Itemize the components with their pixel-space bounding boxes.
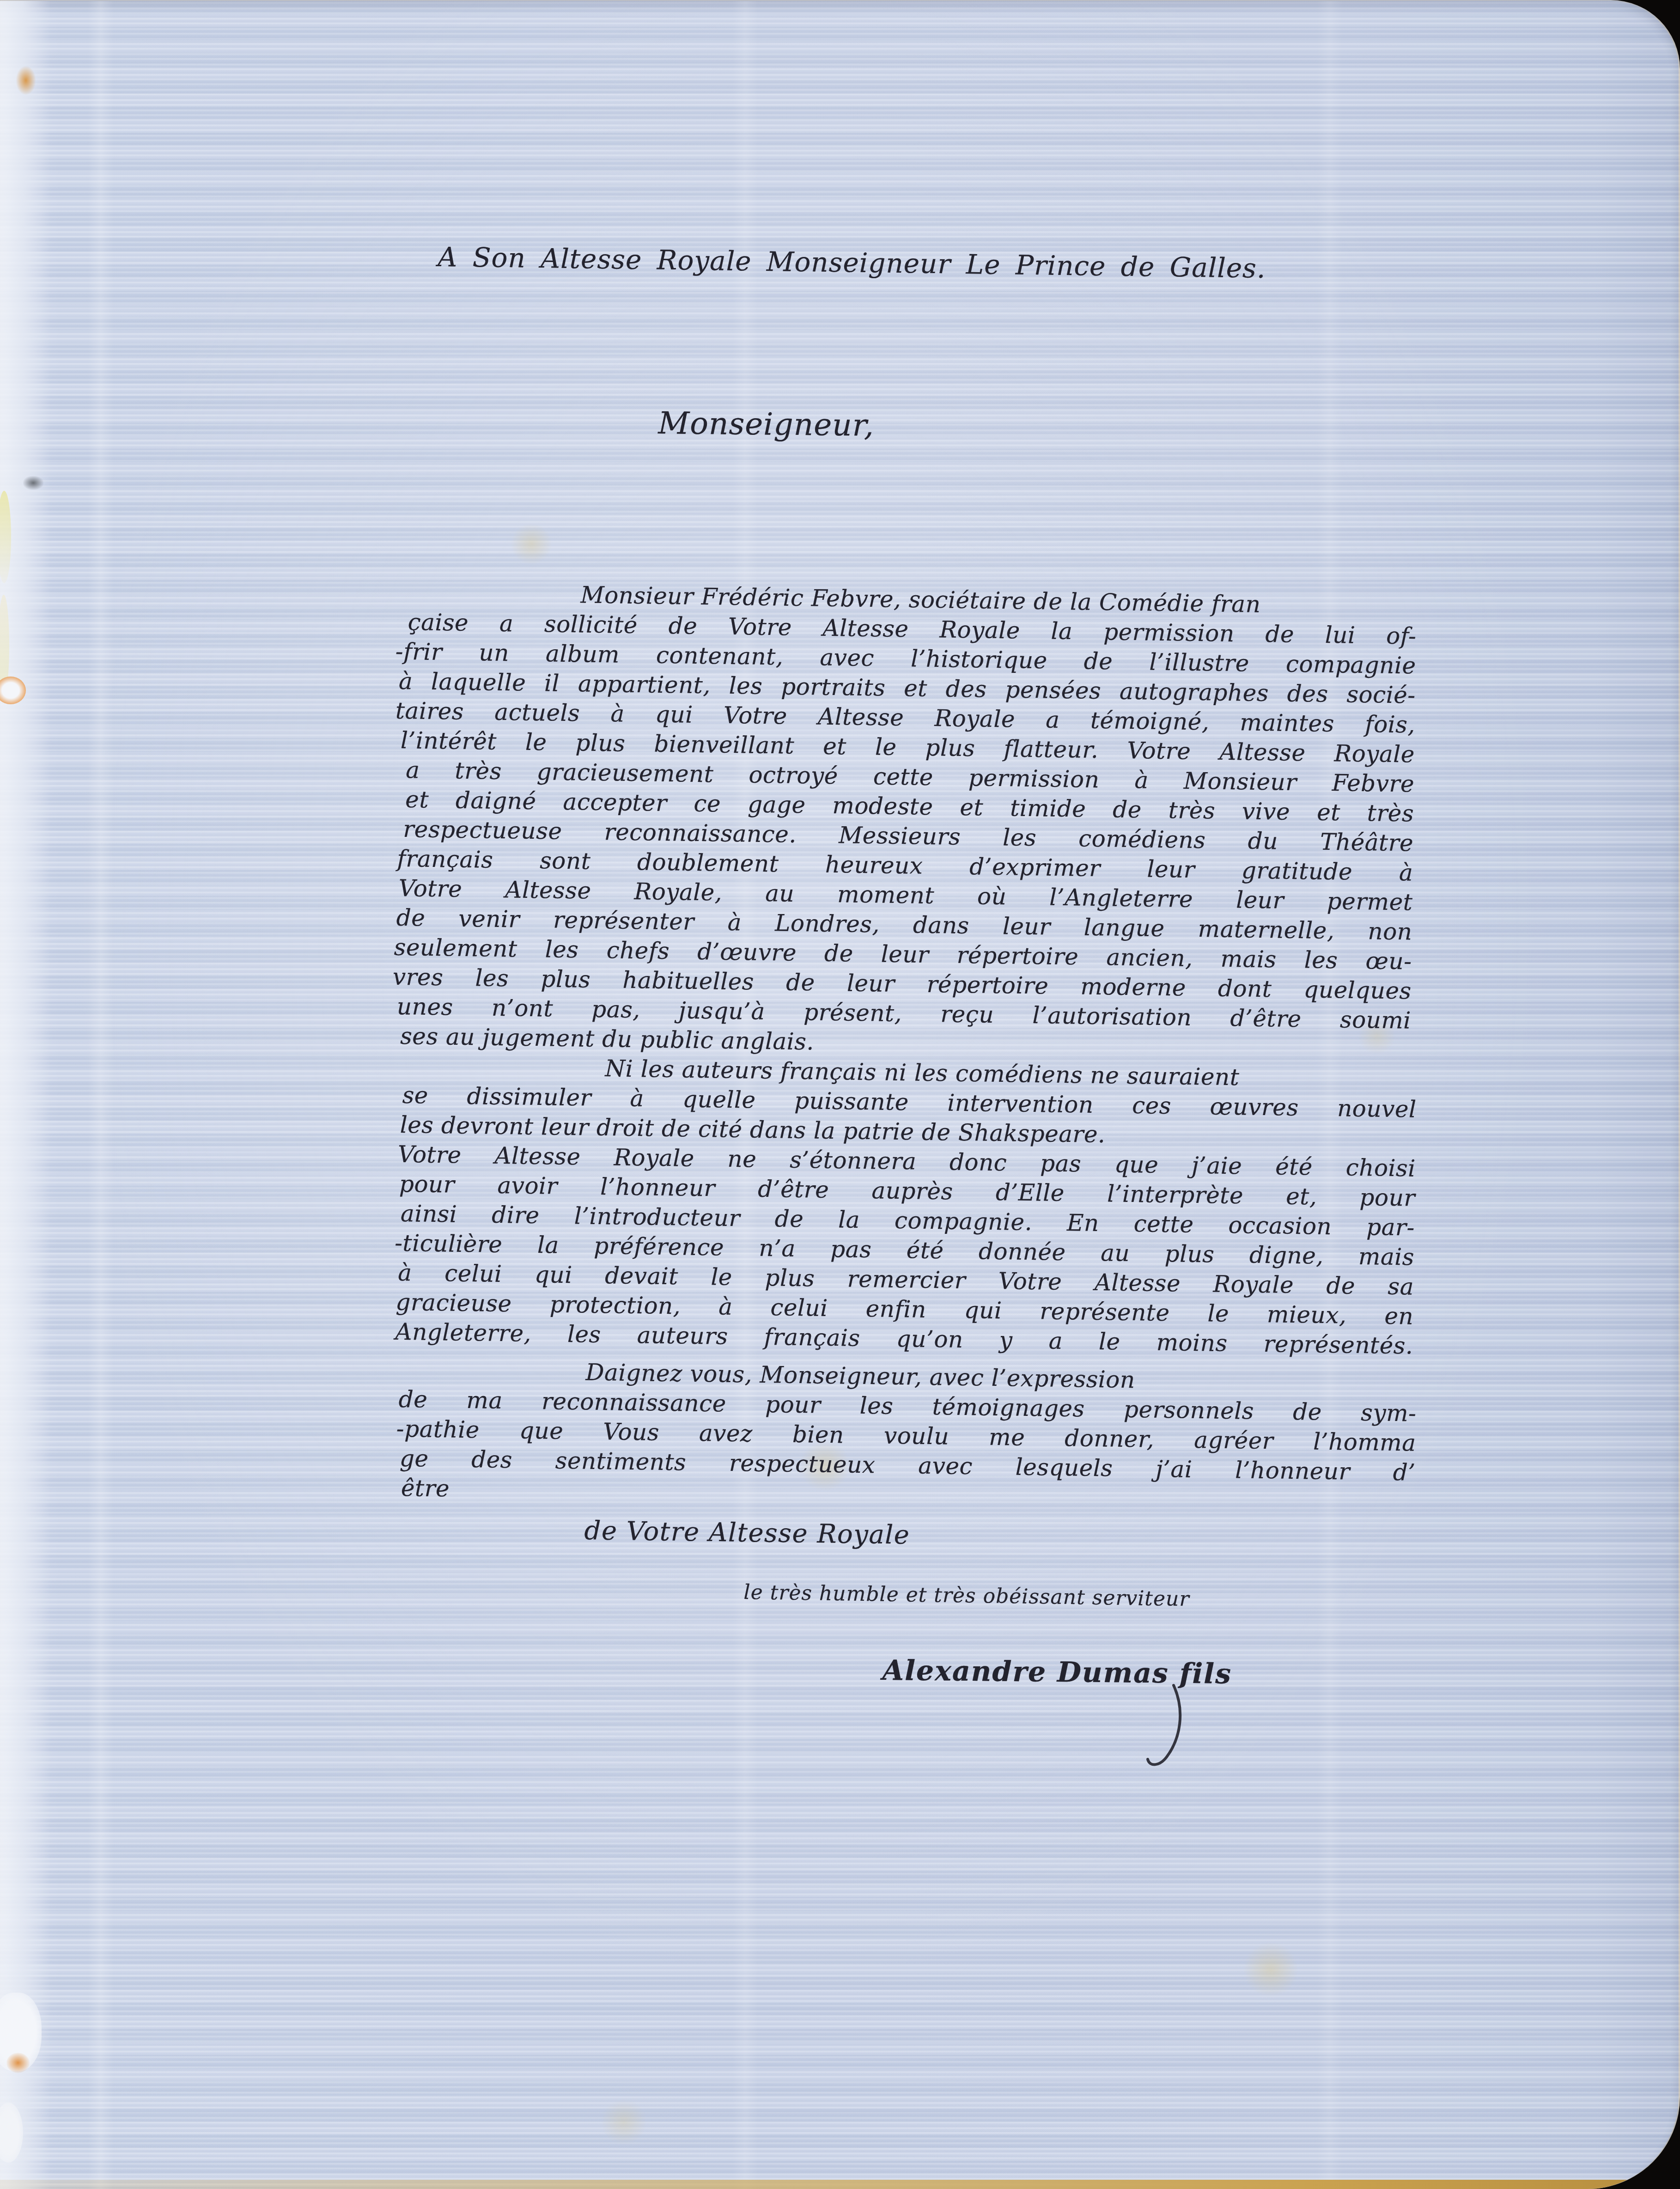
signature-flourish bbox=[1141, 1683, 1197, 1771]
paper-crease bbox=[88, 1, 114, 2189]
paragraph-3: Daignez vous, Monseigneur, avec l’expres… bbox=[401, 1355, 1417, 1517]
manuscript-page: A Son Altesse Royale Monseigneur Le Prin… bbox=[0, 0, 1680, 2189]
binding-stain bbox=[16, 66, 36, 95]
paragraph-1: Monsieur Frédéric Febvre, sociétaire de … bbox=[396, 578, 1417, 1065]
foxing-spot bbox=[511, 523, 552, 565]
binding-edge bbox=[0, 1, 51, 2189]
gilt-page-edge bbox=[0, 2180, 1679, 2189]
valediction-line-2: le très humble et très obéissant servite… bbox=[743, 1580, 1190, 1611]
binding-mark bbox=[23, 476, 43, 490]
foxing-spot bbox=[601, 2099, 647, 2145]
letter-heading: A Son Altesse Royale Monseigneur Le Prin… bbox=[438, 241, 1266, 284]
valediction-line-1: de Votre Altesse Royale bbox=[584, 1516, 910, 1550]
letter-salutation: Monseigneur, bbox=[658, 405, 874, 443]
paragraph-2: Ni les auteurs français ni les comédiens… bbox=[399, 1051, 1417, 1361]
foxing-spot bbox=[1243, 1942, 1298, 1997]
binding-stain bbox=[6, 2053, 30, 2073]
